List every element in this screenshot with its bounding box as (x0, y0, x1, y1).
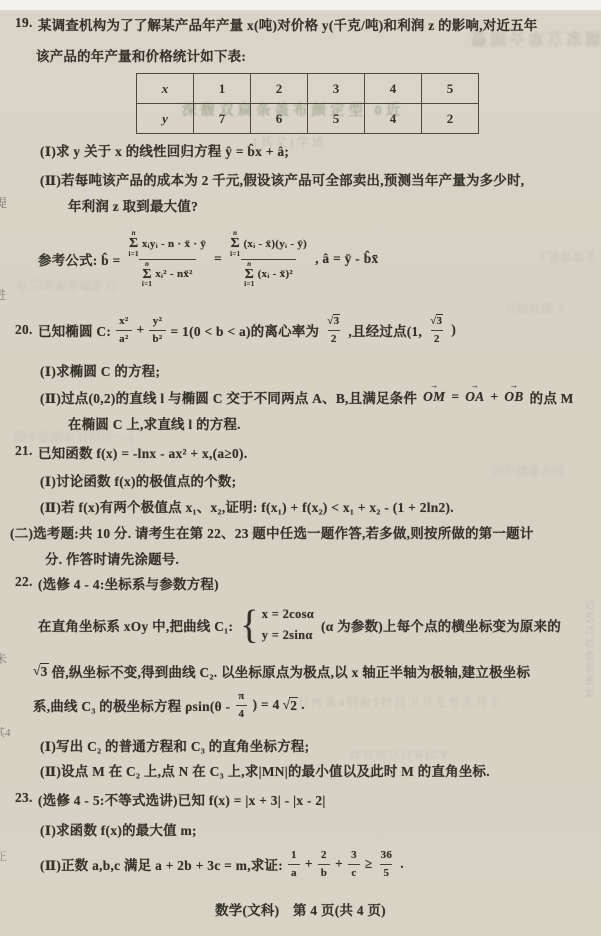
table-cell: 1 (194, 74, 251, 104)
page-top-margin (0, 0, 601, 10)
bleedthrough-ghost-text: 3. 服有钢丛 (505, 300, 565, 317)
page-edge-mark: 米 (0, 650, 7, 667)
table-cell: 3 (308, 74, 365, 104)
q19-part2-line1: (Ⅱ)若每吨该产品的成本为 2 千元,假设该产品可全部卖出,预测当年产量为多少时… (40, 170, 524, 189)
q22-line2-text: 倍,纵坐标不变,得到曲线 C₂. 以坐标原点为极点,以 x 轴正半轴为极轴,建立… (52, 662, 531, 681)
q19-line2: 该产品的年产量和价格统计如下表: (36, 46, 246, 65)
q22-line3-text: . (301, 697, 305, 713)
numerator-text: xᵢyᵢ - n · x̄ · ȳ (142, 237, 206, 251)
radicand: 3 (40, 663, 49, 679)
bleedthrough-ghost-text: 正重算私 J (540, 248, 596, 265)
q22-intro-text: (α 为参数)上每个点的横坐标变为原来的 (321, 616, 561, 635)
fraction: 1 a (288, 848, 300, 880)
q22-part2: (Ⅱ)设点 M 在 C₂ 上,点 N 在 C₃ 上,求|MN|的最小值以及此时 … (40, 761, 490, 780)
table-cell: 2 (422, 104, 479, 134)
sqrt-expression: √3 (430, 314, 443, 328)
page-edge-mark: 其4 (0, 724, 11, 740)
table-cell: 2 (251, 74, 308, 104)
sum-symbol: n Σ i=1 (244, 261, 254, 288)
table-cell: 4 (365, 104, 422, 134)
table-cell: x (137, 74, 194, 104)
section2-line2: 分. 作答时请先涂题号. (45, 549, 179, 568)
sigma-icon: Σ (129, 237, 138, 250)
brace-icon: { (240, 607, 259, 643)
fraction: √3 2 (324, 314, 343, 346)
numerator-text: 36 (381, 848, 393, 862)
denominator-text: 2 (331, 332, 337, 346)
q20-intro-text: ) (451, 322, 456, 338)
vector-label: OB (504, 389, 523, 404)
fraction: 3 c (348, 848, 360, 880)
q20-part2-text: 的点 M (530, 388, 574, 407)
sqrt-expression: √3 (33, 663, 49, 679)
sum-lower-limit: i=1 (244, 281, 254, 288)
numerator-text: y² (153, 314, 162, 328)
denominator-text: 2 (434, 332, 440, 346)
q22-intro: 在直角坐标系 xOy 中,把曲线 C₁: { x = 2cosα y = 2si… (38, 598, 561, 652)
sum-lower-limit: i=1 (230, 251, 240, 258)
q22-intro-text: 在直角坐标系 xOy 中,把曲线 C₁: (38, 616, 233, 635)
fraction: n Σ i=1 xᵢyᵢ - n · x̄ · ȳ n Σ i=1 xᵢ² - … (126, 230, 210, 288)
vector-arrow-icon: → (465, 380, 484, 390)
q21-line1: 已知函数 f(x) = -lnx - ax² + x,(a≥0). (38, 443, 247, 462)
denominator-text: b (321, 866, 327, 880)
q20-part2-line1: (Ⅱ)过点(0,2)的直线 l 与椭圆 C 交于不同两点 A、B,且满足条件 →… (40, 386, 574, 408)
equals-sign: = (214, 251, 222, 267)
q23-number: 23. (15, 790, 33, 806)
q19-line1: 某调查机构为了了解某产品年产量 x(吨)对价格 y(千克/吨)和利润 z 的影响… (38, 15, 538, 34)
fraction: y² b² (149, 314, 165, 346)
q23-part1: (Ⅰ)求函数 f(x)的最大值 m; (40, 820, 197, 839)
table-cell: 5 (422, 74, 479, 104)
numerator-text: 1 (291, 848, 297, 862)
plus-sign: + (490, 389, 498, 405)
table-cell: 6 (251, 104, 308, 134)
table-cell: y (137, 104, 194, 134)
table-cell: 7 (194, 104, 251, 134)
q19-part2-line2: 年利润 z 取到最大值? (68, 196, 198, 215)
q20-number: 20. (15, 322, 33, 338)
page-edge-mark: 进 (0, 286, 6, 303)
table-cell: 4 (365, 74, 422, 104)
fraction: 2 b (318, 848, 330, 880)
denominator-text: a (291, 866, 297, 880)
q22-number: 22. (15, 574, 33, 590)
sum-symbol: n Σ i=1 (142, 261, 152, 288)
sum-symbol: n Σ i=1 (230, 230, 240, 257)
fraction: n Σ i=1 (xᵢ - x̄)(yᵢ - ȳ) n Σ i=1 (xᵢ - … (227, 230, 310, 288)
q20-intro-text: 已知椭圆 C: (38, 321, 111, 340)
q23-line1: (选修 4 - 5:不等式选讲)已知 f(x) = |x + 3| - |x -… (38, 790, 326, 809)
q21-number: 21. (15, 443, 33, 459)
numerator-text: x² (119, 314, 128, 328)
denominator-text: xᵢ² - nx̄² (155, 267, 193, 281)
q19-part1: (Ⅰ)求 y 关于 x 的线性回归方程 ŷ = b̂x + â; (40, 141, 289, 160)
numerator-text: 2 (321, 848, 327, 862)
page-footer: 数学(文科) 第 4 页(共 4 页) (0, 900, 601, 919)
q22-title: (选修 4 - 4:坐标系与参数方程) (38, 574, 219, 593)
sum-lower-limit: i=1 (129, 251, 139, 258)
denominator-text: 5 (383, 866, 389, 880)
sum-lower-limit: i=1 (142, 281, 152, 288)
denominator-text: b² (152, 332, 162, 346)
q22-line3-text: ) = 4 (253, 697, 280, 713)
q20-intro-text: ,且经过点(1, (348, 321, 422, 340)
vector-label: OM (423, 389, 445, 404)
exam-paper-page: 题家立辈☆图豐 深馥双扁条盖布颜定型 0近 {其文}学迹 分,蒙散湿墨迪巴,我 … (0, 0, 601, 936)
denominator-text: c (351, 866, 356, 880)
fraction: √3 2 (427, 314, 446, 346)
q20-part1: (Ⅰ)求椭圆 C 的方程; (40, 361, 160, 380)
vector-OB: →OB (504, 389, 523, 405)
sigma-icon: Σ (142, 268, 151, 281)
q20-part2-text: (Ⅱ)过点(0,2)的直线 l 与椭圆 C 交于不同两点 A、B,且满足条件 (40, 388, 417, 407)
equals-sign: = (451, 389, 459, 405)
page-edge-mark: 正 (0, 848, 7, 864)
q22-line3: 系,曲线 C₃ 的极坐标方程 ρsin(θ - π 4 ) = 4 √2 . (33, 688, 305, 722)
sqrt-expression: √2 (283, 697, 299, 713)
sum-symbol: n Σ i=1 (129, 230, 139, 257)
bleedthrough-ghost-text: 码字重脚合出 (492, 462, 564, 479)
geq-sign: ≥ (365, 856, 373, 872)
denominator-text: (xᵢ - x̄)² (258, 267, 293, 281)
q20-part2-line2: 在椭圆 C 上,求直线 l 的方程. (68, 414, 241, 433)
q21-part2: (Ⅱ)若 f(x)有两个极值点 x₁、x₂,证明: f(x₁) + f(x₂) … (40, 497, 454, 516)
q21-part1: (Ⅰ)讨论函数 f(x)的极值点的个数; (40, 471, 236, 490)
q22-line2: √3 倍,纵坐标不变,得到曲线 C₂. 以坐标原点为极点,以 x 轴正半轴为极轴… (33, 660, 530, 682)
formula-label: 参考公式: b̂ = (38, 250, 121, 269)
formula-tail: , â = ȳ - b̂x̄ (315, 251, 378, 267)
bleedthrough-ghost-text: 52 65 72 32 43 56 90 34 (583, 600, 594, 698)
radicand: 2 (289, 697, 298, 713)
page-edge-mark: 堤 (0, 194, 7, 211)
section2-line1: (二)选考题:共 10 分. 请考生在第 22、23 题中任选一题作答,若多做,… (10, 523, 534, 542)
bleedthrough-ghost-text: 行两第4到胁5特技下月毛市左列王 (298, 694, 503, 710)
fraction: 36 5 (378, 848, 396, 880)
numerator-text: π (238, 689, 244, 703)
radicand: 3 (333, 314, 341, 328)
numerator-text: 3 (351, 848, 357, 862)
table-row-x: x 1 2 3 4 5 (137, 74, 479, 104)
vector-OA: →OA (465, 389, 484, 405)
fraction: x² a² (116, 314, 131, 346)
q19-number: 19. (15, 15, 33, 31)
q22-part1: (Ⅰ)写出 C₂ 的普通方程和 C₃ 的直角坐标方程; (40, 736, 309, 755)
parametric-equation-y: y = 2sinα (262, 628, 314, 643)
q23-part2-text: . (400, 856, 404, 872)
table-row-y: y 7 6 5 4 2 (137, 104, 479, 134)
sigma-icon: Σ (245, 268, 254, 281)
radicand: 3 (436, 314, 444, 328)
plus-sign: + (335, 856, 343, 872)
numerator-text: (xᵢ - x̄)(yᵢ - ȳ) (243, 237, 307, 251)
plus-sign: + (137, 322, 145, 338)
parametric-equation-x: x = 2cosα (262, 607, 314, 622)
q23-part2-text: (Ⅱ)正数 a,b,c 满足 a + 2b + 3c = m,求证: (40, 855, 283, 874)
q19-reference-formula: 参考公式: b̂ = n Σ i=1 xᵢyᵢ - n · x̄ · ȳ n Σ… (38, 224, 378, 294)
q20-intro-text: = 1(0 < b < a)的离心率为 (171, 321, 320, 340)
parametric-equations: { x = 2cosα y = 2sinα (240, 607, 314, 643)
denominator-text: 4 (239, 707, 245, 721)
plus-sign: + (305, 856, 313, 872)
vector-arrow-icon: → (423, 380, 445, 390)
sqrt-expression: √3 (327, 314, 340, 328)
fraction: π 4 (235, 689, 247, 721)
denominator-text: a² (119, 332, 128, 346)
sigma-icon: Σ (231, 237, 240, 250)
q20-intro: 已知椭圆 C: x² a² + y² b² = 1(0 < b < a)的离心率… (38, 306, 456, 354)
q22-line3-text: 系,曲线 C₃ 的极坐标方程 ρsin(θ - (33, 696, 230, 715)
vector-arrow-icon: → (504, 380, 523, 390)
q23-part2: (Ⅱ)正数 a,b,c 满足 a + 2b + 3c = m,求证: 1 a +… (40, 845, 404, 883)
vector-OM: →OM (423, 389, 445, 405)
vector-label: OA (465, 389, 484, 404)
bleedthrough-ghost-text: A.23 B.21 C.35 D.32 (350, 748, 448, 760)
table-cell: 5 (308, 104, 365, 134)
q19-data-table: x 1 2 3 4 5 y 7 6 5 4 2 (136, 73, 479, 134)
